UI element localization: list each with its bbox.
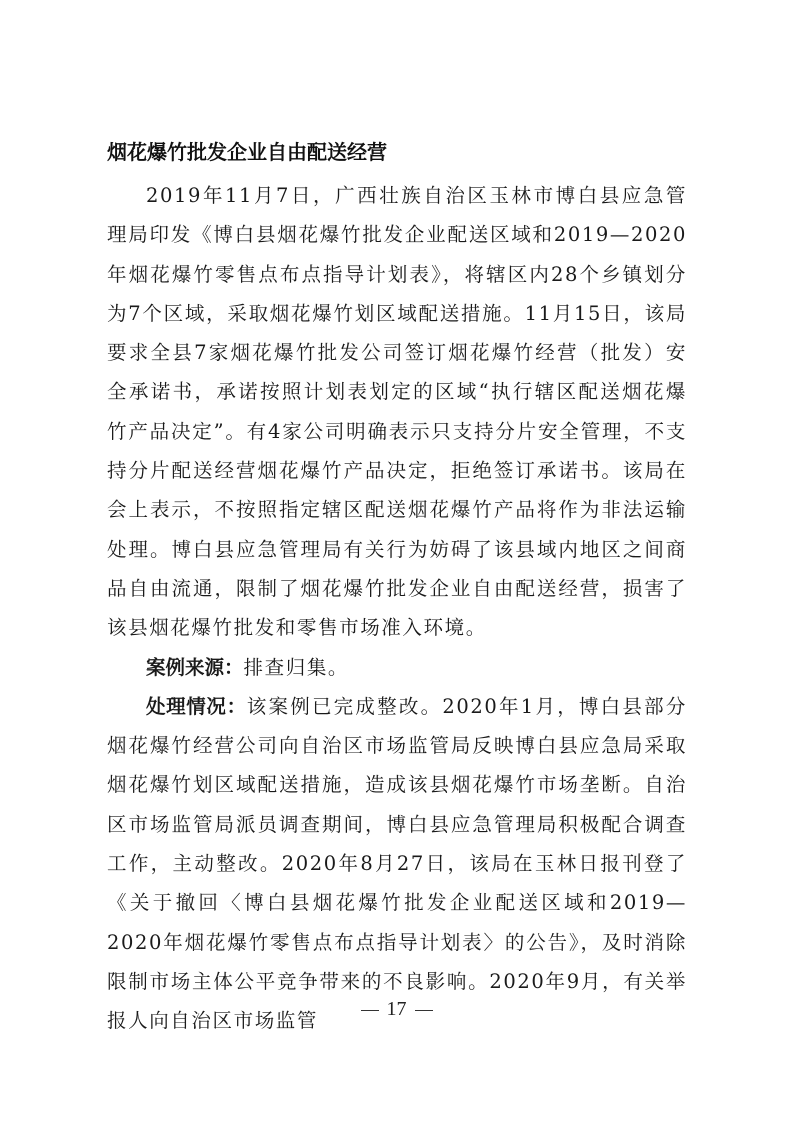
page-number: 17 [387, 998, 407, 1020]
left-dash-decoration [361, 1010, 379, 1011]
case-description-paragraph: 2019年11月7日，广西壮族自治区玉林市博白县应急管理局印发《博白县烟花爆竹批… [107, 176, 687, 648]
section-heading: 烟花爆竹批发企业自由配送经营 [107, 138, 687, 166]
case-source-paragraph: 案例来源：排查归集。 [107, 648, 687, 687]
page-number-footer: 17 [0, 998, 793, 1021]
handling-status-paragraph: 处理情况：该案例已完成整改。2020年1月，博白县部分烟花爆竹经营公司向自治区市… [107, 687, 687, 1041]
case-source-text: 排查归集。 [244, 656, 350, 679]
handling-status-text: 该案例已完成整改。2020年1月，博白县部分烟花爆竹经营公司向自治区市场监管局反… [107, 695, 687, 1032]
right-dash-decoration [415, 1010, 433, 1011]
handling-status-label: 处理情况： [146, 695, 247, 718]
case-description-text: 2019年11月7日，广西壮族自治区玉林市博白县应急管理局印发《博白县烟花爆竹批… [107, 184, 687, 639]
document-page: 烟花爆竹批发企业自由配送经营 2019年11月7日，广西壮族自治区玉林市博白县应… [107, 138, 687, 1041]
case-source-label: 案例来源： [146, 656, 244, 679]
